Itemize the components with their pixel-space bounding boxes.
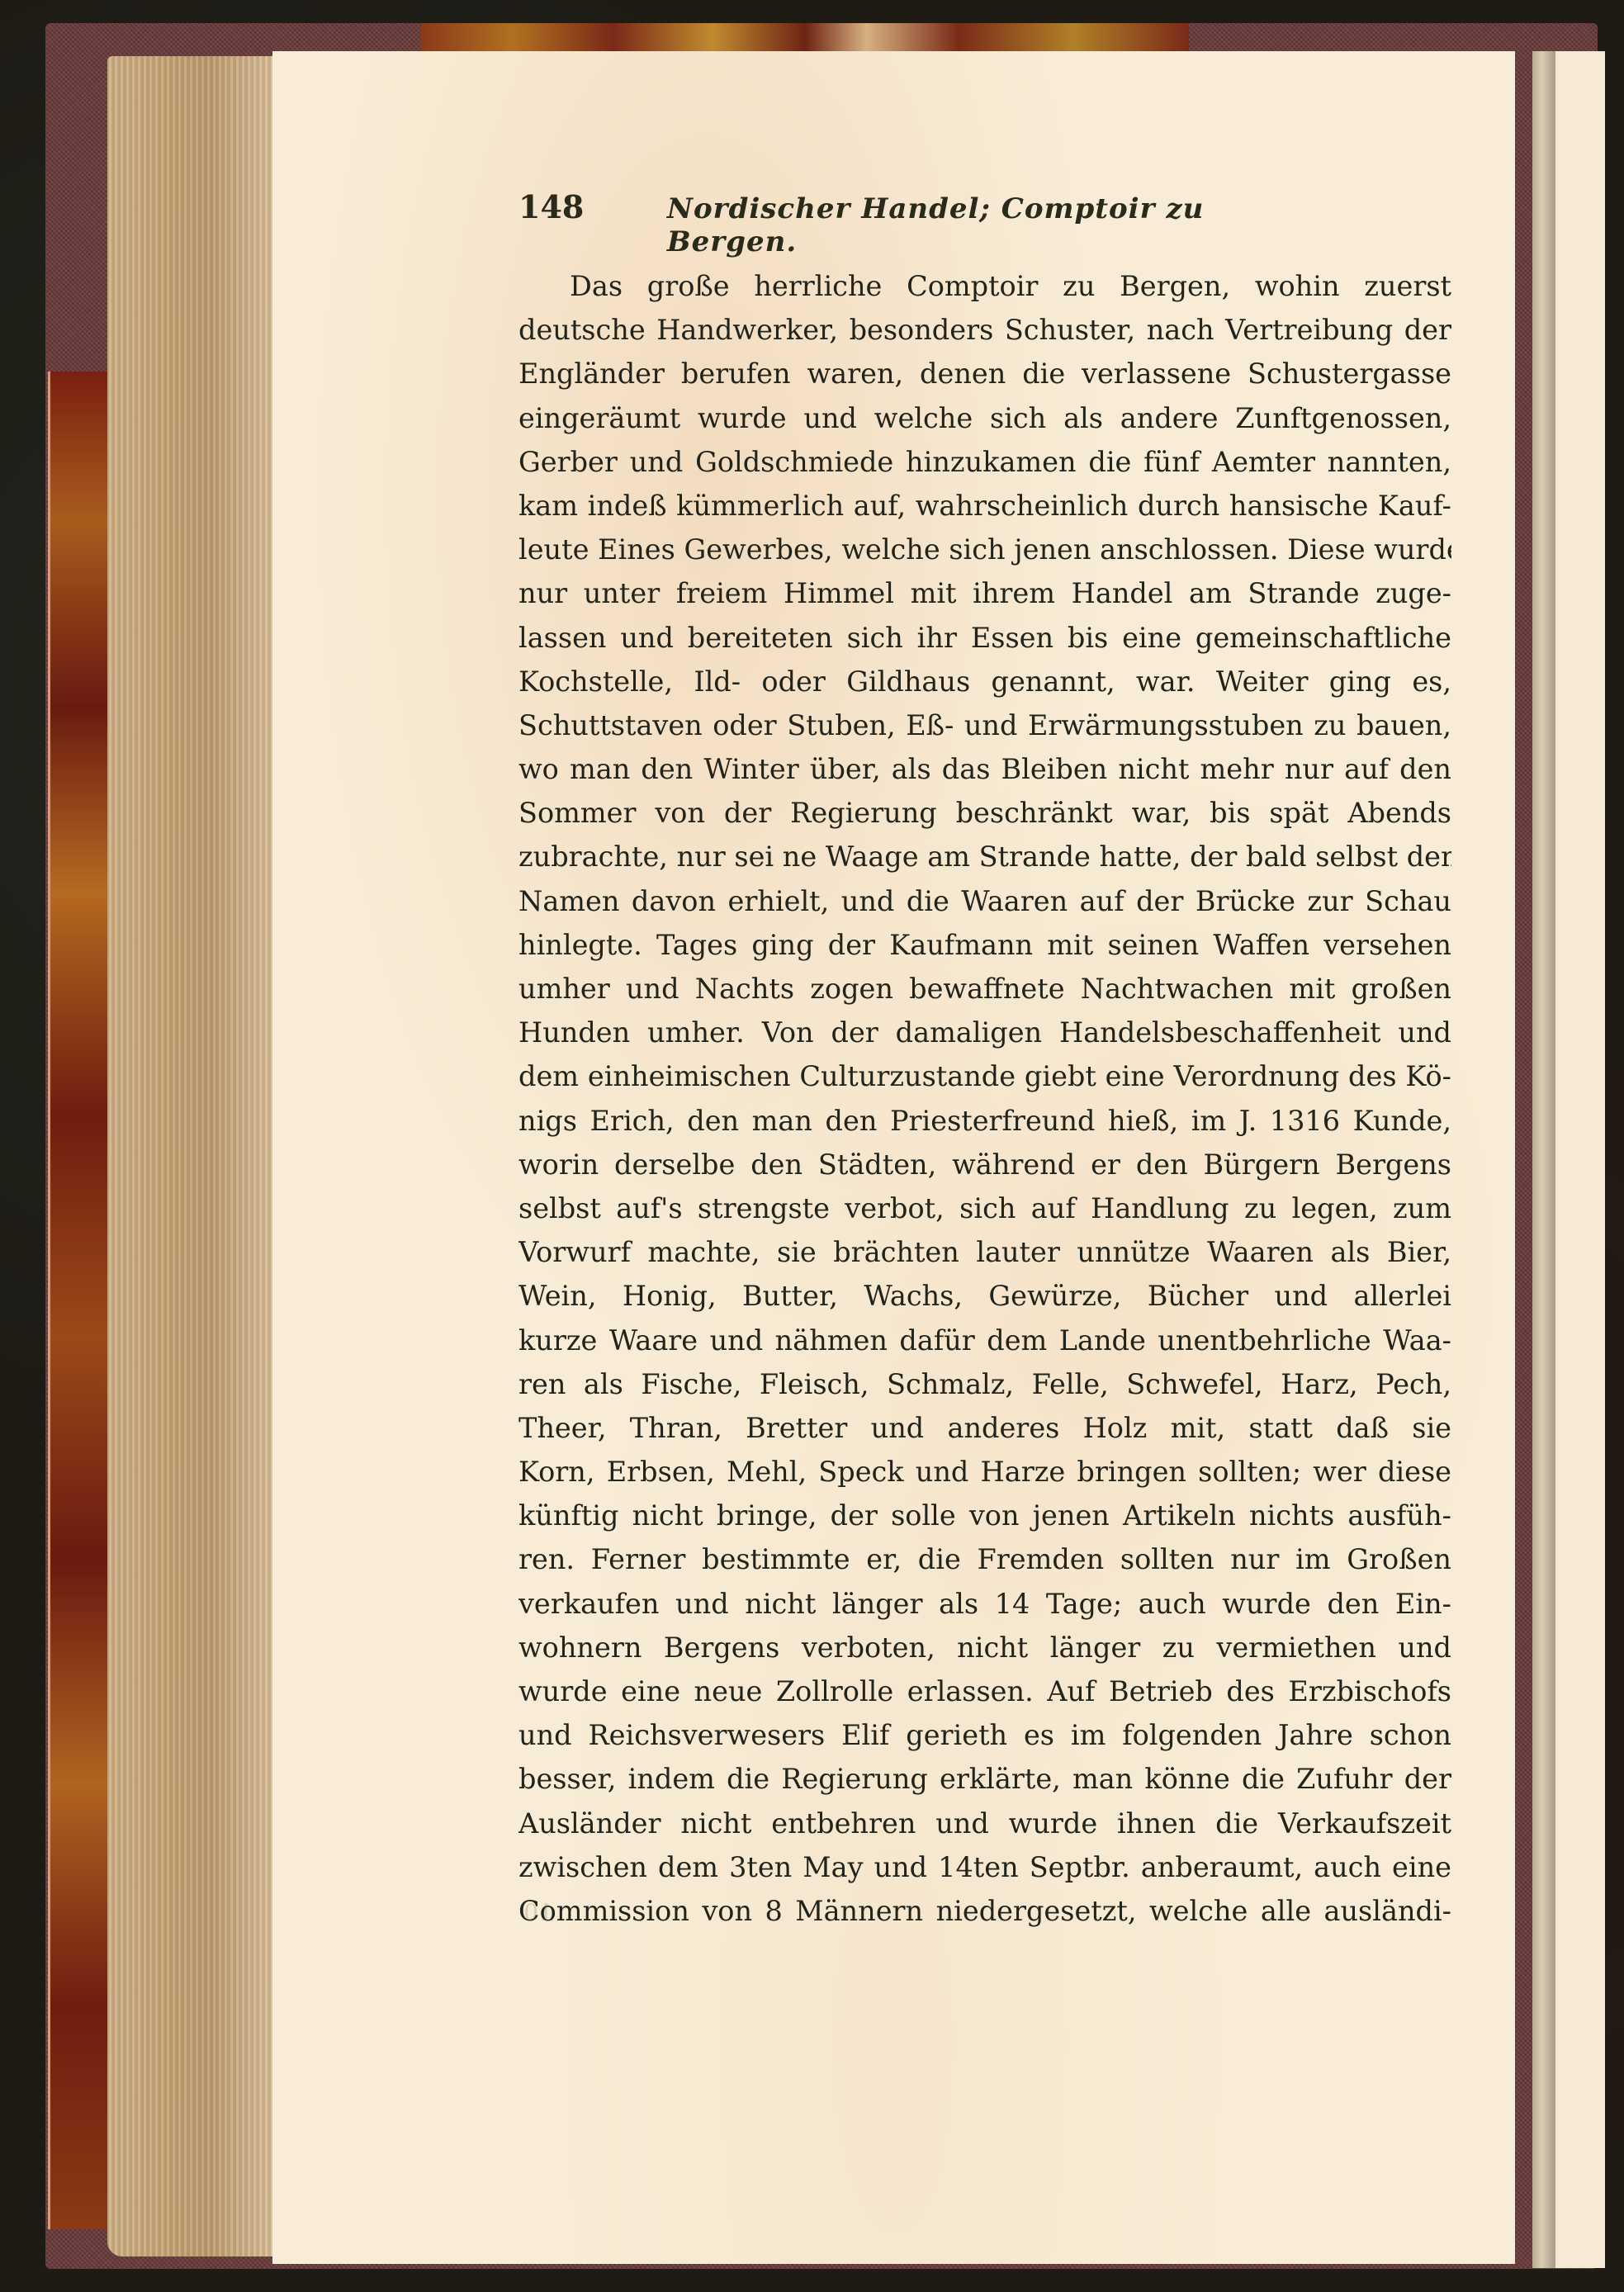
facing-page-edge [1555,51,1605,2268]
page-number: 148 [518,188,667,225]
text-line: Commission von 8 Männern niedergesetzt, … [518,1889,1451,1933]
marbled-board-top [421,23,1189,53]
text-line: Das große herrliche Comptoir zu Bergen, … [518,264,1451,308]
text-line: verkaufen und nicht länger als 14 Tage; … [518,1582,1451,1626]
text-line: Sommer von der Regierung beschränkt war,… [518,791,1451,835]
text-line: und Reichsverwesers Elif gerieth es im f… [518,1713,1451,1757]
text-line: Hunden umher. Von der damaligen Handelsb… [518,1011,1451,1054]
text-line: kam indeß kümmerlich auf, wahrscheinlich… [518,484,1451,528]
text-line: kurze Waare und nähmen dafür dem Lande u… [518,1319,1451,1362]
text-line: künftig nicht bringe, der solle von jene… [518,1494,1451,1537]
text-line: wohnern Bergens verboten, nicht länger z… [518,1626,1451,1669]
text-line: ren als Fische, Fleisch, Schmalz, Felle,… [518,1362,1451,1406]
marbled-board-left [48,372,110,2229]
text-line: dem einheimischen Culturzustande giebt e… [518,1054,1451,1098]
text-line: wurde eine neue Zollrolle erlassen. Auf … [518,1669,1451,1713]
text-line: Gerber und Goldschmiede hinzukamen die f… [518,440,1451,484]
text-line: worin derselbe den Städten, während er d… [518,1143,1451,1186]
text-line: nur unter freiem Himmel mit ihrem Handel… [518,571,1451,615]
text-line: nigs Erich, den man den Priesterfreund h… [518,1099,1451,1143]
text-line: zubrachte, nur sei ne Waage am Strande h… [518,835,1451,878]
text-line: Namen davon erhielt, und die Waaren auf … [518,879,1451,923]
text-line: ren. Ferner bestimmte er, die Fremden so… [518,1537,1451,1581]
text-line: Theer, Thran, Bretter und anderes Holz m… [518,1406,1451,1450]
text-line: Korn, Erbsen, Mehl, Speck und Harze brin… [518,1450,1451,1494]
text-line: besser, indem die Regierung erklärte, ma… [518,1757,1451,1801]
text-line: umher und Nachts zogen bewaffnete Nachtw… [518,967,1451,1011]
running-head-title: Nordischer Handel; Comptoir zu Bergen. [667,192,1344,258]
text-line: deutsche Handwerker, besonders Schuster,… [518,308,1451,352]
text-line: Ausländer nicht entbehren und wurde ihne… [518,1802,1451,1845]
page-edges-stack [107,56,272,2256]
bleed-through-text: 10 [520,1899,553,1932]
text-line: zwischen dem 3ten May und 14ten Septbr. … [518,1845,1451,1889]
running-head: 148 Nordischer Handel; Comptoir zu Berge… [518,188,1344,238]
text-line: wo man den Winter über, als das Bleiben … [518,747,1451,791]
text-line: Engländer berufen waren, denen die verla… [518,352,1451,395]
text-line: hinlegte. Tages ging der Kaufmann mit se… [518,923,1451,967]
text-line: eingeräumt wurde und welche sich als and… [518,396,1451,440]
gutter-fold [1532,51,1555,2268]
text-line: leute Eines Gewerbes, welche sich jenen … [518,528,1451,571]
text-line: lassen und bereiteten sich ihr Essen bis… [518,616,1451,660]
text-line: Kochstelle, Ild- oder Gildhaus genannt, … [518,660,1451,703]
text-line: Schuttstaven oder Stuben, Eß- und Erwärm… [518,703,1451,747]
text-line: selbst auf's strengste verbot, sich auf … [518,1186,1451,1230]
body-text: Das große herrliche Comptoir zu Bergen, … [518,264,1451,1933]
text-line: Vorwurf machte, sie brächten lauter unnü… [518,1230,1451,1274]
text-line: Wein, Honig, Butter, Wachs, Gewürze, Büc… [518,1274,1451,1318]
